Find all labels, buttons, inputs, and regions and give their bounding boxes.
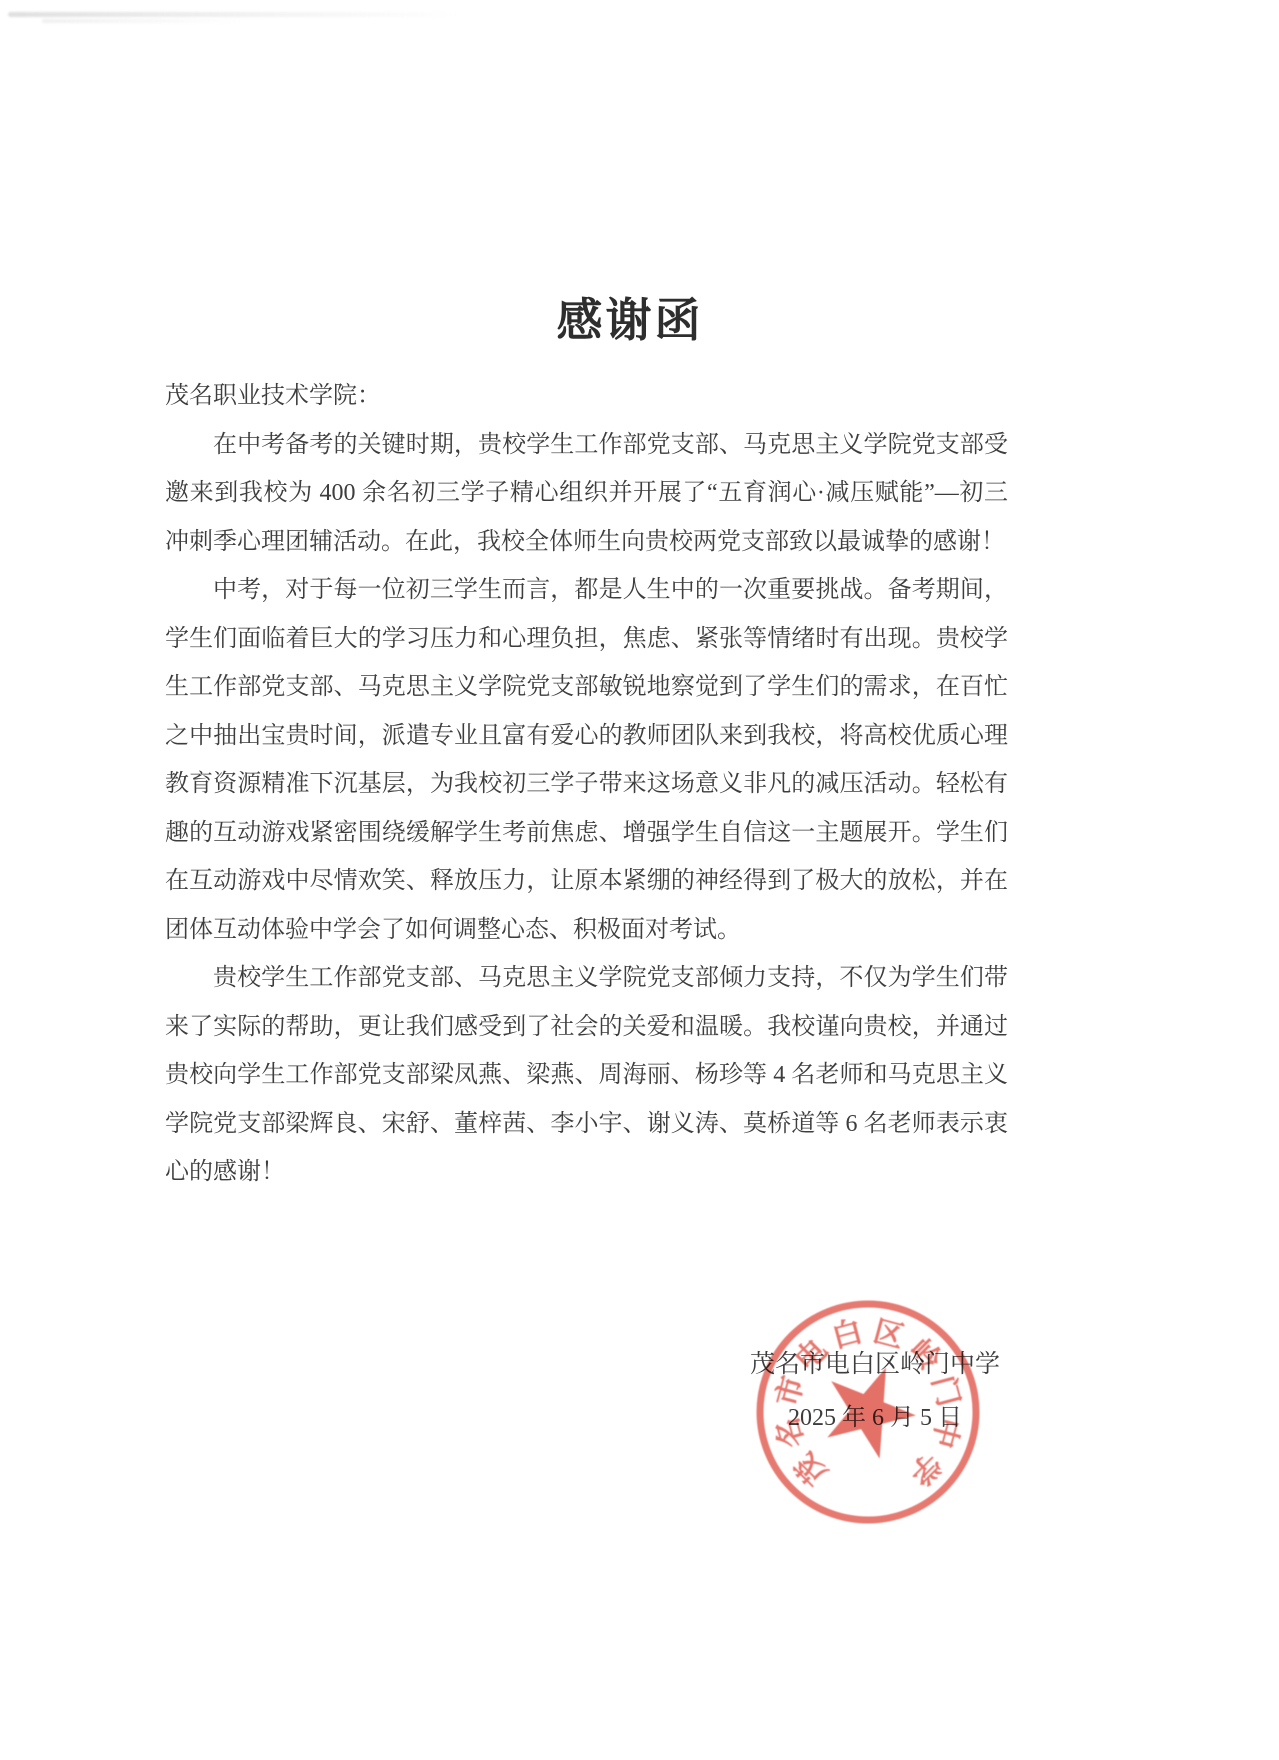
paragraph: 中考，对于每一位初三学生而言，都是人生中的一次重要挑战。备考期间，学生们面临着巨… [165,566,1008,954]
scan-artifact [42,19,242,23]
signature-school-name: 茂名市电白区岭门中学 [750,1350,1000,1380]
scanned-letter-page: 感谢函 茂名职业技术学院： 在中考备考的关键时期，贵校学生工作部党支部、马克思主… [0,0,1279,1760]
letter-title: 感谢函 [0,284,1260,350]
letter-body: 茂名职业技术学院： 在中考备考的关键时期，贵校学生工作部党支部、马克思主义学院党… [165,372,1008,1197]
signature-date: 2025 年 6 月 5 日 [750,1404,1000,1432]
svg-text:学: 学 [902,1446,947,1491]
svg-text:白: 白 [829,1315,867,1355]
svg-text:区: 区 [870,1315,908,1355]
scan-artifact [8,12,458,17]
salutation: 茂名职业技术学院： [165,372,1008,421]
paragraph: 在中考备考的关键时期，贵校学生工作部党支部、马克思主义学院党支部受邀来到我校为 … [165,421,1008,567]
signature-block: 茂名市电白区岭门中学 2025 年 6 月 5 日 [750,1350,1000,1432]
paragraph: 贵校学生工作部党支部、马克思主义学院党支部倾力支持，不仅为学生们带来了实际的帮助… [165,954,1008,1197]
svg-text:茂: 茂 [789,1446,834,1491]
